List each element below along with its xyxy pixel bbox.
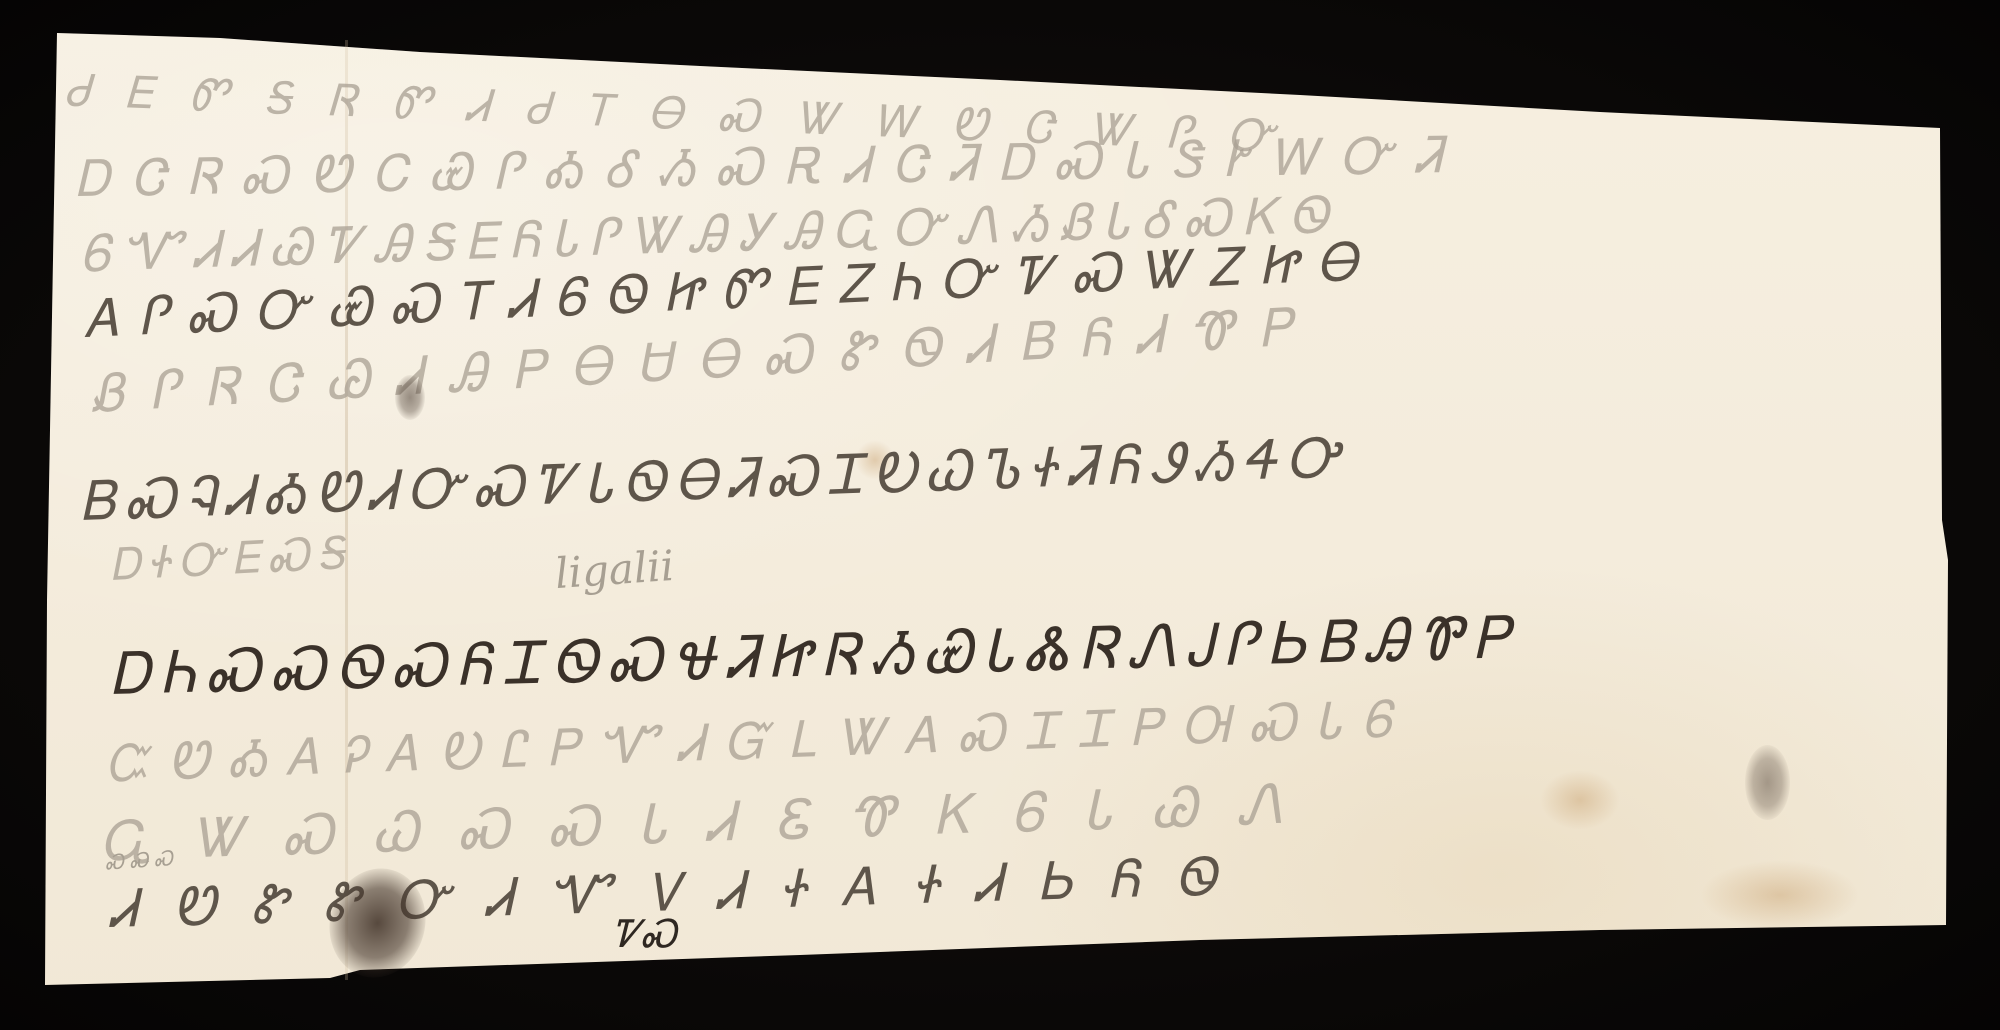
ink-smudge xyxy=(395,375,425,420)
foxing-stain xyxy=(1700,860,1860,930)
stray-ink-mark: ᏤᏍ xyxy=(612,912,676,957)
ink-smudge xyxy=(1745,745,1790,820)
latin-annotation: ligalii xyxy=(553,541,675,598)
foxing-stain xyxy=(1540,770,1620,830)
marginal-scribble: ᏍᏍᏍ xyxy=(104,845,179,874)
